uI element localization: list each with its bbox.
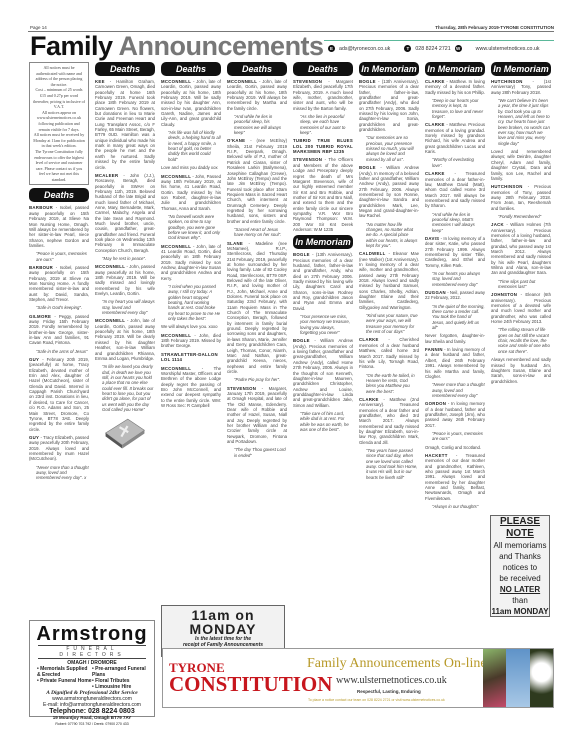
please-note-text: notices to <box>491 562 549 573</box>
notice-list: STEVENSON - Margaret Elizabeth, died pea… <box>293 79 353 232</box>
please-note-text: be received <box>491 573 549 584</box>
section-header-in-memoriam: In Memoriam <box>359 62 419 76</box>
notice-verse: "I cried when you passed away, I still c… <box>161 284 221 321</box>
notice-verse: "Your presence we miss, your memory we t… <box>293 314 353 335</box>
notice-name: GUY <box>29 435 39 440</box>
notice-name: CALDWELL <box>359 251 386 256</box>
notice-entry: STRAWLETTER-DALLON LOL 1114 <box>161 352 221 363</box>
please-note-heading: NOTE <box>491 528 549 540</box>
section-header-in-memoriam: In Memoriam <box>425 62 485 76</box>
notice-text: - The Worshipful Master, Officers and Br… <box>161 366 221 408</box>
banner-url[interactable]: www.ulsternetnotices.co.uk <box>336 675 447 686</box>
phone-number: 028 8224 2721 <box>415 46 450 52</box>
notice-name: BARBOUR <box>29 205 53 210</box>
banner-fine-print: To place a notice contact our team on 02… <box>308 698 445 702</box>
notice-entry: SLANE - Madeline (nee McNamee), R.I.P., … <box>227 241 287 375</box>
bible-icon <box>100 415 150 451</box>
paper-logo-line2: CONSTITUTION <box>169 674 332 695</box>
column-6: In Memoriam BOGLE - (13th Anniversary). … <box>359 62 419 483</box>
notice-name: CLARKE <box>359 337 379 342</box>
notice-verse: "May he rest in peace". <box>95 256 155 261</box>
notice-name: FANNIN <box>425 347 443 352</box>
notice-text: - William Holmes (7th Anniversary). Prec… <box>491 222 551 275</box>
email-link[interactable]: ads@tyronecon.co.uk <box>339 46 390 52</box>
terms-line: All notices must be authenticated with n… <box>33 65 85 87</box>
notice-verse: "Safe in the arms of Jesus" <box>29 349 89 354</box>
notice-text: - Treasured memories of our dear mother … <box>425 453 485 501</box>
please-note-text: and Thanks <box>491 551 549 562</box>
notice-text: - Isobel, passed away peacefully on 15th… <box>29 205 89 247</box>
notice-verse: "And while he lies in peaceful sleep, hi… <box>227 114 287 135</box>
notice-list: HUTCHINSON - (1st Anniversary) Tony, pas… <box>491 79 551 384</box>
notice-entry: Always remembered and sadly missed by hu… <box>491 357 551 384</box>
notice-text: - Eleanor Mae (nee Walker) (1st Annivers… <box>359 251 419 309</box>
notice-entry: GORDON - In loving memory of a dear husb… <box>425 401 485 428</box>
deadline-day: MONDAY <box>162 622 284 636</box>
notice-verse: "In our hearts you always stay, loved an… <box>425 271 485 287</box>
notice-verse: "In my heart you will always stay, loved… <box>95 299 155 315</box>
notice-entry: BARBOUR - Isobel, passed away peacefully… <box>29 265 89 302</box>
notice-terms-box: All notices must be authenticated with n… <box>29 62 89 185</box>
notice-name: MCCONNELL <box>161 333 191 338</box>
notice-entry: BOGLE - (13th Anniversary). Precious mem… <box>359 79 419 132</box>
notice-name: STRAWLETTER-DALLON LOL 1114 <box>161 352 218 362</box>
title-part-2: Announcements <box>119 31 324 61</box>
notice-entry: DAVIS - In loving memory of a dear siste… <box>425 236 485 268</box>
notice-verse: "Worthy of everlasting love". <box>425 157 485 168</box>
notice-entry: MCCONNELL - John, died 18th February 201… <box>161 333 221 349</box>
notice-name: BOGLE <box>359 79 376 84</box>
notice-text: - (13th Anniversary). Precious memories … <box>359 79 419 132</box>
notice-name: KEE <box>95 79 105 84</box>
notice-list: KEE - Hamilton Graham, Carnowen Green, O… <box>95 79 155 412</box>
notice-name: CLARKE <box>359 397 379 402</box>
notice-entry: FANNIN - In loving memory of a dear husb… <box>425 347 485 379</box>
notice-name: MCALEER <box>95 173 118 178</box>
notice-entry: CLARKE - Matthew. Precious memories of a… <box>425 122 485 154</box>
notice-name: MCCONNELL <box>161 79 191 84</box>
column-4: Deaths MCCONNELL - John, late of Leardin… <box>227 62 287 461</box>
notice-text: - Matthew. Precious memories of a loving… <box>425 122 485 154</box>
notice-text: - John, Passed away 18th February 2019, … <box>161 174 221 211</box>
notice-name: GUY <box>29 357 39 362</box>
notice-entry: DUGGAN - Neil, passed away 22 February, … <box>425 290 485 301</box>
phone-icon: T <box>404 45 411 52</box>
notice-text: - Cherished memories of a dear husband M… <box>359 337 419 369</box>
notice-list: MCCONNELL - John, late of Leardin, Gorti… <box>227 79 287 458</box>
notice-text: - The Officers and Members of the above … <box>293 157 353 231</box>
notice-entry: CALDWELL - Eleanor Mae (nee Walker) (1st… <box>359 251 419 310</box>
notice-verse: "In the quiet of the morning, there came… <box>425 304 485 331</box>
notice-verse: "The rolling stream of life goes on but … <box>491 327 551 354</box>
notice-verse: "Peace is yours, memories are ours" <box>425 431 485 442</box>
notice-entry: Never forgotten, daughter-in-law Sheila … <box>425 333 485 344</box>
column-3: Deaths MCCONNELL - John, late of Leardin… <box>161 62 221 411</box>
notice-entry: MCCONNELL - John, late of Leardin, Gorti… <box>161 79 221 127</box>
please-note-emphasis: NO LATER <box>491 584 549 595</box>
notice-entry: MCALEER - John (J.J.), Roscavey, Beragh,… <box>95 173 155 253</box>
notice-entry: HACKETT - Treasured memories of our dear… <box>425 453 485 501</box>
notice-verse: "Never more than a thought away, loved a… <box>425 382 485 398</box>
notice-verse: "Always in our thoughts" <box>425 504 485 509</box>
notice-text: - Eleanor (6th anniversary). Precious me… <box>491 292 551 324</box>
notice-entry: JACK - William Holmes (7th Anniversary).… <box>491 222 551 275</box>
notice-verse: "Kind was your nature, true were your wa… <box>359 313 419 334</box>
notice-name: MCCONNELL <box>95 318 125 323</box>
notice-name: STEVENSON <box>227 386 256 391</box>
notice-entry: MCCONNELL - John, late of Leardin, Gorti… <box>227 79 287 111</box>
section-header-in-memoriam: In Memoriam <box>491 62 551 76</box>
email-icon: E <box>328 45 335 52</box>
notice-name: BOGLE <box>359 165 376 170</box>
notice-name: MCCONNELL <box>161 366 191 371</box>
notice-name: MCCONNELL <box>161 244 191 249</box>
notice-text: - John, late of Leardin, Gortin, passed … <box>227 79 287 111</box>
notice-verse: "Peace is yours, memories are ours" <box>29 251 89 262</box>
notice-name: HACKETT <box>425 453 448 458</box>
notice-entry: Omagh, Conlig and Scotland. <box>425 445 485 450</box>
notice-text: Always remembered and sadly missed by hu… <box>491 357 551 383</box>
notice-verse: "Two years have passed since that sad da… <box>359 448 419 480</box>
notice-text: - Margaret, January 17th 2019, peacefull… <box>227 386 287 444</box>
notice-entry: MCCONNELL - The Worshipful Master, Offic… <box>161 366 221 409</box>
ad-telephone: Telephone: 028 8224 0803 <box>33 708 151 715</box>
notice-verse: "His life was full of kindly deeds, a he… <box>161 130 221 162</box>
notice-text: - In loving memory of a dear sister, Kat… <box>425 236 485 268</box>
notice-text: - Matthew (2nd Anniversary). Treasured m… <box>359 397 419 445</box>
notice-entry: BOGLE - William Andrew (Andy). In memory… <box>359 165 419 218</box>
notice-name: O'KANE <box>227 138 245 143</box>
notice-text: - William Andrew (Andy). Precious memori… <box>293 338 353 407</box>
ad-logo: Armstrong <box>33 624 151 644</box>
contact-bar: E ads@tyronecon.co.uk T 028 8224 2721 W … <box>328 45 540 52</box>
notice-entry: BOGLE - William Andrew (Andy). Precious … <box>293 338 353 407</box>
please-note-deadline: 11am MONDAY <box>491 606 549 617</box>
notice-entry: MCCONNELL - John, late of 41 Leardin Roa… <box>161 244 221 281</box>
notice-name: STEVENSON <box>293 157 322 162</box>
notice-verse: "Take care of him Lord, while dad is at … <box>293 411 353 432</box>
please-note-heading: PLEASE <box>491 516 549 528</box>
notice-text: - February 20th 2019, (peacefully) at ho… <box>29 357 89 431</box>
notice-entry: GUY - February 20th 2019, (peacefully) a… <box>29 357 89 432</box>
armstrong-funeral-ad[interactable]: Armstrong FUNERAL DIRECTORS OMAGH / DROM… <box>29 620 155 717</box>
notice-entry: BARBOUR - Isobel, passed away peacefully… <box>29 205 89 248</box>
notice-name: MCCONNELL <box>227 79 257 84</box>
notice-name: CLARKE <box>425 171 445 176</box>
notice-verse: "And while he lies in peaceful sleep, Ma… <box>425 212 485 233</box>
terms-line: All notices appear on www.ulsternetnotic… <box>33 110 85 132</box>
please-note-text: than <box>491 595 549 606</box>
ad-services: • Memorials Supplied & Erected • Pre-arr… <box>33 666 151 690</box>
notice-name: DAVIS <box>425 236 439 241</box>
notice-entry: HUTCHINSON - Precious memories of Tony, … <box>491 184 551 211</box>
notice-name: BARBOUR <box>29 265 53 270</box>
please-note-box: PLEASE NOTE All memoriams and Thanks not… <box>490 515 550 617</box>
column-5: Deaths STEVENSON - Margaret Elizabeth, d… <box>293 62 353 435</box>
notice-verse: "Fondly Remembered" <box>491 214 551 219</box>
notice-text: - Isobel, passed away peacefully on 15th… <box>29 265 89 302</box>
notice-name: BOGLE <box>293 338 310 343</box>
column-2: Deaths KEE - Hamilton Graham, Carnowen G… <box>95 62 155 453</box>
please-note-text: All memoriams <box>491 540 549 551</box>
title-part-1: Family <box>30 31 113 61</box>
page-title: Family Announcements <box>30 33 324 60</box>
service-item: • Memorials Supplied & Erected <box>37 666 92 678</box>
notice-verse: "We can't believe it's been a year, the … <box>491 98 551 146</box>
banner-slogan: Respectful, Lasting, Enduring <box>357 689 421 694</box>
notice-text: - John, late of Leardin, Gortin, passed … <box>95 318 155 360</box>
column-1: All notices must be authenticated with n… <box>29 62 89 484</box>
notice-text: - Treasured memories of a dear father-in… <box>425 171 485 208</box>
notice-list: BOGLE - (13th Anniversary). Precious mem… <box>293 252 353 432</box>
notice-verse: "As she lies in peaceful sleep, we each … <box>293 114 353 135</box>
notice-text: Omagh, Conlig and Scotland. <box>425 445 481 450</box>
notice-text: - Madeline (nee McNamee), R.I.P., Sterri… <box>227 241 287 374</box>
section-header-deaths: Deaths <box>227 62 287 76</box>
notice-entry: STEVENSON - The Officers and Members of … <box>293 157 353 232</box>
notice-entry: CLARKE - Cherished memories of a dear hu… <box>359 337 419 369</box>
ad-subtitle: FUNERAL DIRECTORS <box>38 645 146 659</box>
notice-text: - John, late of Leardin, Gortin, passed … <box>161 79 221 127</box>
column-8: In Memoriam HUTCHINSON - (1st Anniversar… <box>491 62 551 387</box>
notice-list: BARBOUR - Isobel, passed away peacefully… <box>29 205 89 480</box>
notice-name: GILMORE <box>29 314 51 319</box>
notice-verse: "Our memories are so precious, your pres… <box>359 135 419 162</box>
column-7: In Memoriam CLARKE - Matthew. In loving … <box>425 62 485 512</box>
notice-name: MCCONNELL <box>95 264 125 269</box>
notice-entry: BOGLE - (13th Anniversary). Precious mem… <box>293 252 353 311</box>
notice-entry: MCCONNELL - John, Passed away 18th Febru… <box>161 174 221 211</box>
service-item: • Pre-arranged Funeral Plans <box>92 666 147 678</box>
section-header-deaths: Deaths <box>95 62 155 76</box>
notice-name: CLARKE <box>425 122 445 127</box>
notice-verse: "In life we loved you dearly dad, in dea… <box>95 364 155 412</box>
notice-entry: Love and miss you daddy xox <box>161 165 221 170</box>
notice-text: - William Andrew (Andy). In memory of a … <box>359 165 419 218</box>
notice-verse: "Sacred Heart of Jesus have mercy on her… <box>227 227 287 238</box>
notice-text: Love and miss you daddy xox <box>161 165 218 170</box>
notice-entry: TUBRID TRUE BLUES LOL 200 TUBRID ROYAL M… <box>293 138 353 154</box>
notice-entry: We will always love you. xoxo <box>161 324 221 329</box>
notice-verse: "No matter how life changes, no matter w… <box>359 222 419 249</box>
notice-list: CLARKE - Matthew. In loving memory of a … <box>425 79 485 509</box>
terms-line: Cost – minimum of 25 words £15 and 0.27p… <box>33 87 85 109</box>
notice-name: JACK <box>491 222 504 227</box>
notice-verse: "Time slips past but memories last" <box>491 279 551 290</box>
photo-lily-image <box>530 649 553 707</box>
web-icon: W <box>455 45 462 52</box>
notice-text: - John, late of 41 Leardin Road, Gortin,… <box>161 244 221 281</box>
section-header-deaths: Deaths <box>29 188 89 202</box>
notice-list: BOGLE - (13th Anniversary). Precious mem… <box>359 79 419 480</box>
notice-verse: "Never more than a thought away, loved a… <box>29 465 89 481</box>
notice-entry: JOHNSTON - Eleanor (6th anniversary). Pr… <box>491 292 551 324</box>
notice-entry: GUY - Tracy Elizabeth, passed away peace… <box>29 435 89 462</box>
notice-name: TUBRID TRUE BLUES LOL 200 TUBRID ROYAL M… <box>293 138 353 154</box>
notice-entry: O'KANE - (nee McElroy) Sheila, 21st Febr… <box>227 138 287 224</box>
notice-text: - In loving memory of a dear husband and… <box>425 347 485 379</box>
online-notices-banner[interactable]: TYRONE CONSTITUTION Family Announcements… <box>162 648 554 708</box>
notice-entry: CLARKE - Treasured memories of a dear fa… <box>425 171 485 208</box>
notice-name: JOHNSTON <box>491 292 517 297</box>
notice-text: - John, passed away peacefully at his ho… <box>95 264 155 296</box>
notice-text: - Margaret Elizabeth, died peacefully 17… <box>293 79 353 111</box>
notice-entry: STEVENSON - Margaret Elizabeth, died pea… <box>293 79 353 111</box>
dateline: Thursday, 28th February 2019-TYRONE CONS… <box>435 25 554 30</box>
notice-text: - (13th Anniversary). Precious memories … <box>293 252 353 310</box>
notice-list: MCCONNELL - John, late of Leardin, Gorti… <box>161 79 221 408</box>
notice-entry: MCCONNELL - John, passed away peacefully… <box>95 264 155 296</box>
photo-dove-image <box>506 649 529 707</box>
terms-line: All notices must be received by Monday a… <box>33 132 85 149</box>
website-link[interactable]: www.ulsternetnotices.co.uk <box>476 46 540 52</box>
page-number: Page 14 <box>30 25 47 30</box>
notice-entry: CLARKE - Matthew (2nd Anniversary). Trea… <box>359 397 419 445</box>
notice-text: We will always love you. xoxo <box>161 324 218 329</box>
notice-name: HUTCHINSON <box>491 79 523 84</box>
notice-name: BOGLE <box>293 252 310 257</box>
banner-headline: Family Announcements On-line <box>307 656 487 672</box>
notice-text: Never forgotten, daughter-in-law Sheila … <box>425 333 485 343</box>
notice-verse: "Deep in our hearts your memory is kept,… <box>425 98 485 119</box>
notice-name: HUTCHINSON <box>491 184 523 189</box>
notice-name: DUGGAN <box>425 290 446 295</box>
notice-verse: "The day Thou gavest Lord is ended" <box>227 447 287 458</box>
notice-text: - (nee McElroy) Sheila, 21st February 20… <box>227 138 287 223</box>
notice-entry: MCCONNELL - John, late of Leardin, Gorti… <box>95 318 155 361</box>
notice-name: SLANE <box>227 241 243 246</box>
notice-name: MCCONNELL <box>161 174 191 179</box>
notice-text: - Peggy, passed away Friday 15th Februar… <box>29 314 89 346</box>
notice-text: - Hamilton Graham, Carnowen Green, Omagh… <box>95 79 155 170</box>
notice-entry: GILMORE - Peggy, passed away Friday 15th… <box>29 314 89 346</box>
notice-entry: HUTCHINSON - (1st Anniversary) Tony, pas… <box>491 79 551 95</box>
photo-child-image <box>483 649 506 707</box>
section-header-deaths: Deaths <box>293 62 353 76</box>
notice-entry: CLARKE - Matthew. In loving memory of a … <box>425 79 485 95</box>
ad-mobiles: Robert: 07790 703 792 / Derek: 07900 270… <box>33 721 151 727</box>
accent-rule <box>324 40 554 41</box>
notice-entry: STEVENSON - Margaret, January 17th 2019,… <box>227 386 287 445</box>
notice-entry: KEE - Hamilton Graham, Carnowen Green, O… <box>95 79 155 170</box>
notice-entry: Loved and remembered always; wife Deirdr… <box>491 149 551 181</box>
notice-name: GORDON <box>425 401 446 406</box>
banner-photos <box>483 649 553 707</box>
terms-line: The Tyrone Constitution fully endeavours… <box>33 149 85 183</box>
notice-verse: "Safe in God's keeping". <box>29 305 89 310</box>
notice-text: - John (J.J.), Roscavey, Beragh, died pe… <box>95 173 155 253</box>
deadline-time: 11am on <box>162 608 284 622</box>
notice-verse: "On the earth he toiled, in Heaven he re… <box>359 373 419 394</box>
section-header-deaths: Deaths <box>161 62 221 76</box>
notice-name: CLARKE <box>425 79 445 84</box>
notice-text: Loved and remembered always; wife Deirdr… <box>491 149 551 181</box>
notice-verse: "No farewell words were spoken, no time … <box>161 214 221 241</box>
section-header-in-memoriam: In Memoriam <box>293 235 353 249</box>
notice-name: STEVENSON <box>293 79 322 84</box>
notice-verse: "Padre Pio pray for her". <box>227 377 287 382</box>
